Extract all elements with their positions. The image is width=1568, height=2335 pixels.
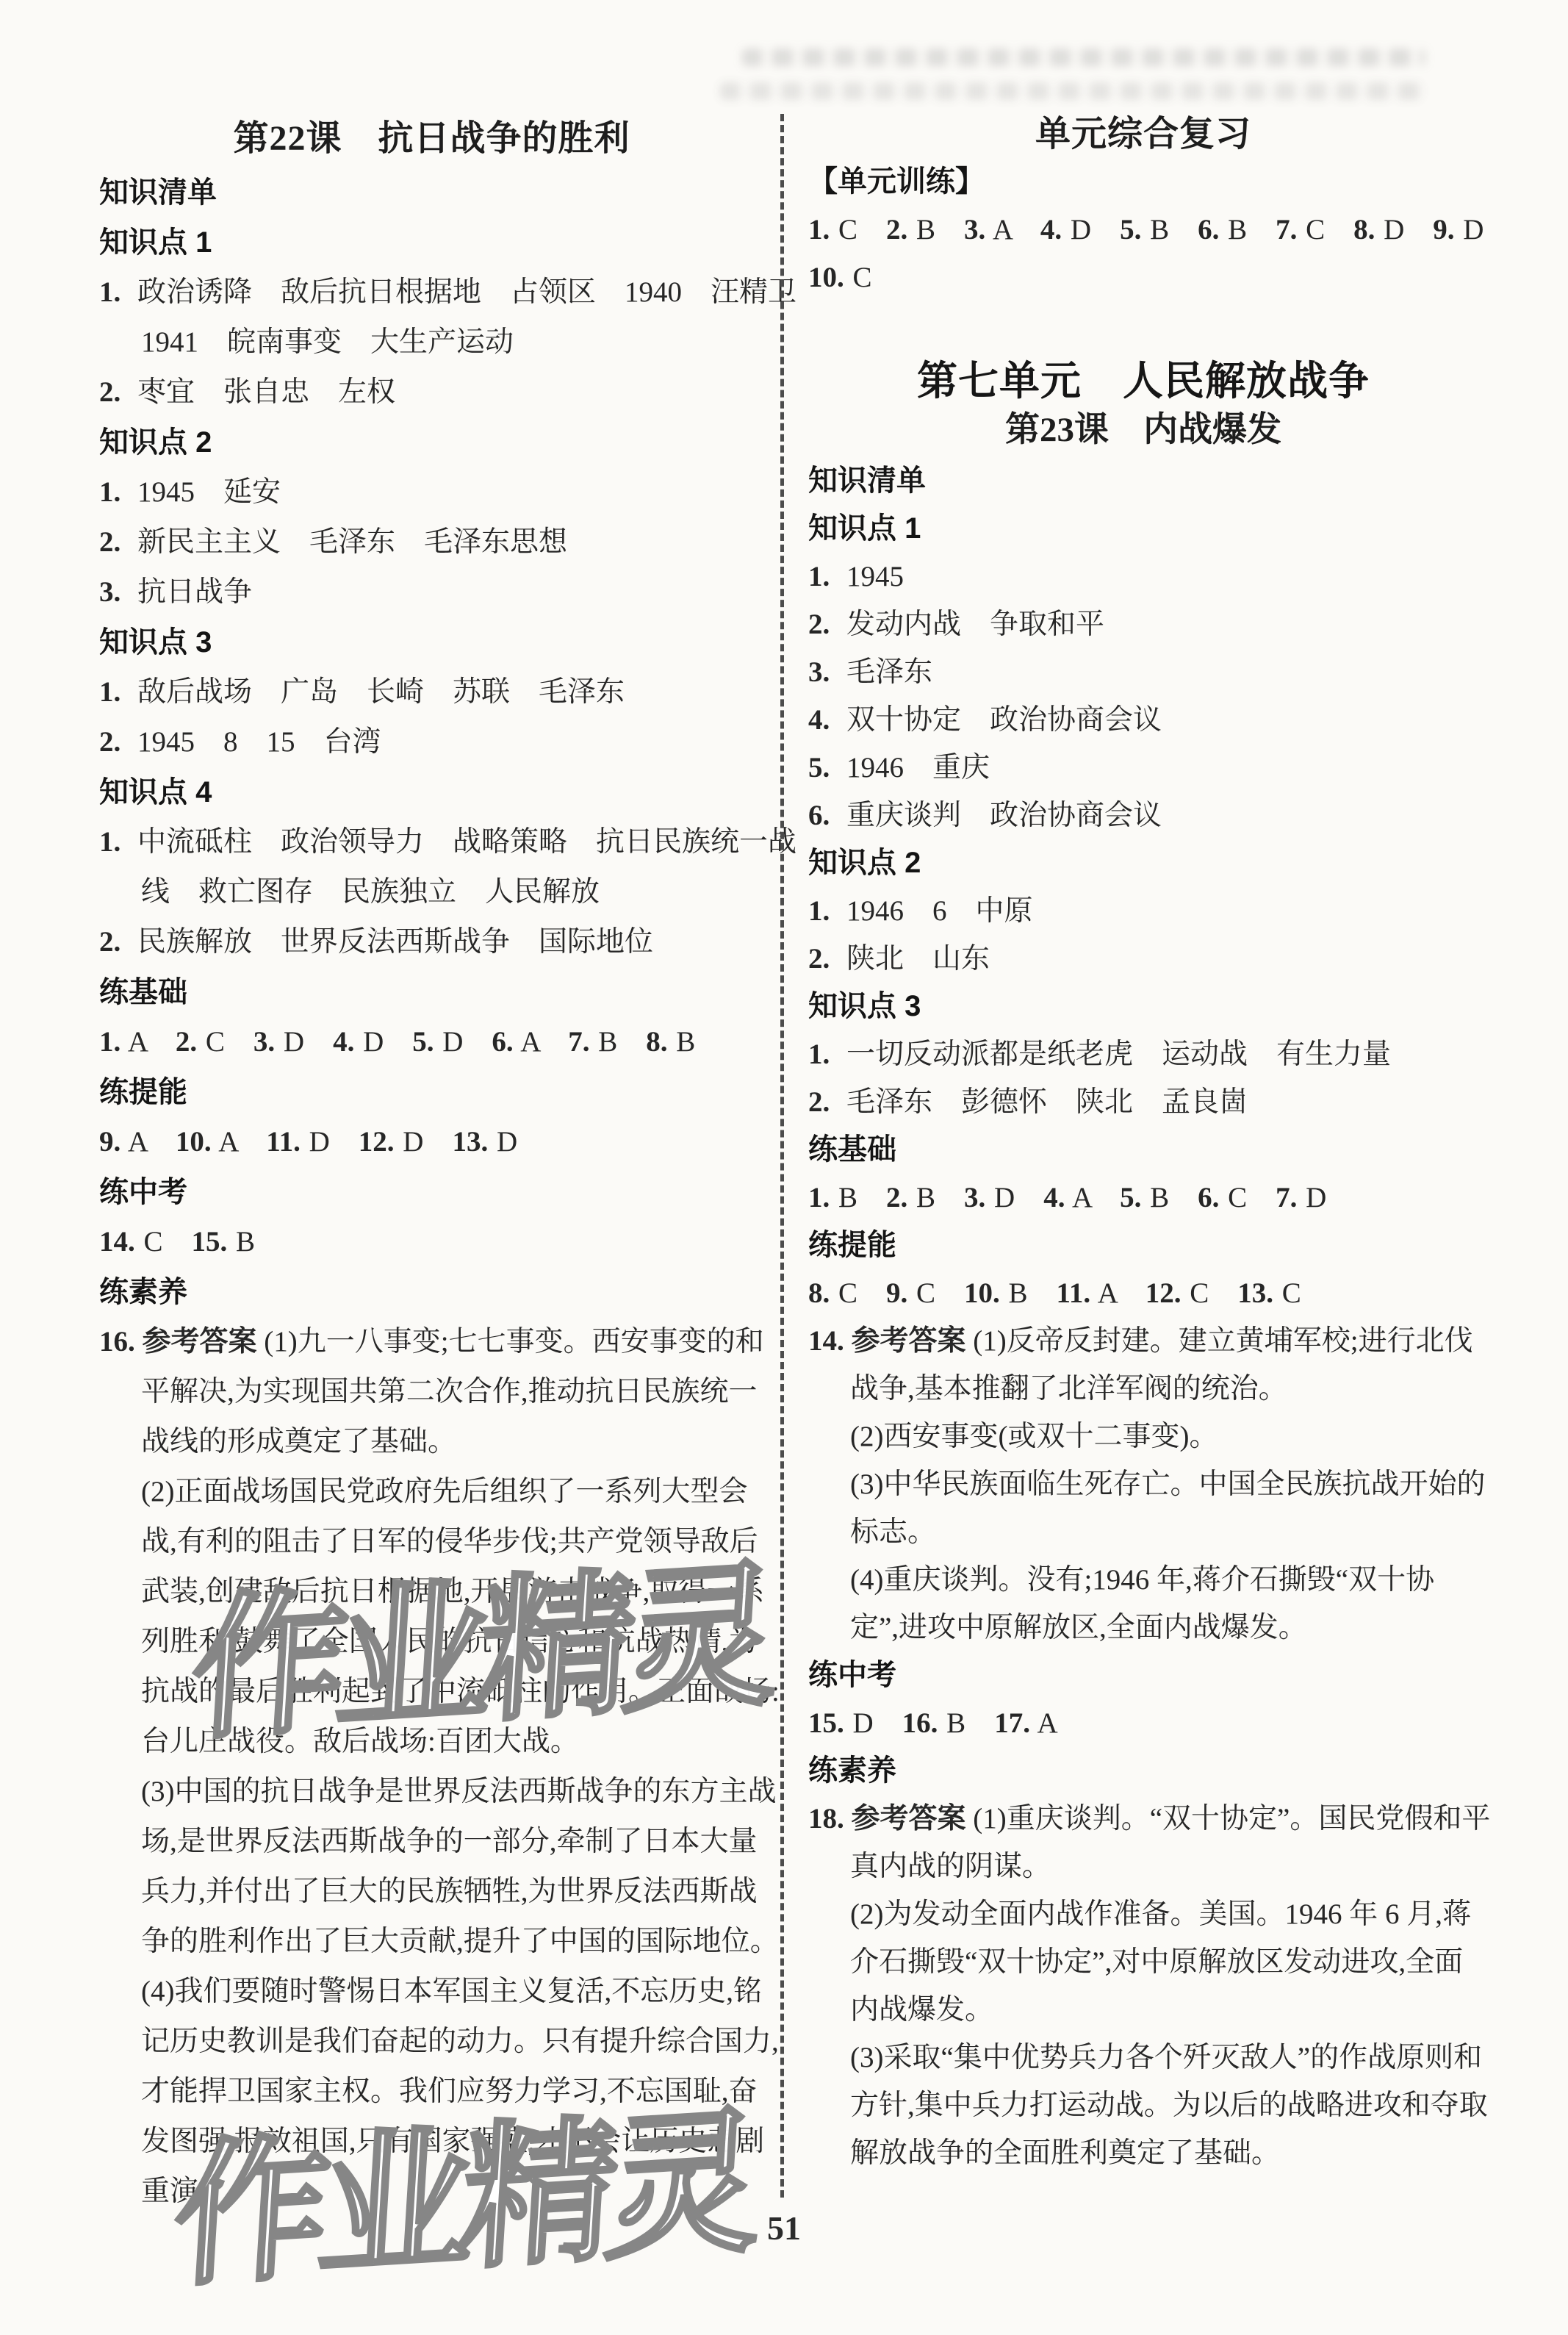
text-run: D xyxy=(489,1126,517,1158)
text-run: B xyxy=(1001,1277,1057,1309)
text-run-bold: 4. xyxy=(333,1026,356,1058)
text-run: 战争,基本推翻了北洋军阀的统治。 xyxy=(850,1373,1287,1405)
text-run-bold: 练素养 xyxy=(99,1276,187,1308)
answer-item-line: 2.枣宜 张自忠 左权 xyxy=(99,367,764,417)
answer-continuation-line: 方针,集中兵力打运动战。为以后的战略进攻和夺取 xyxy=(808,2081,1478,2129)
text-run-bold: 知识点 4 xyxy=(99,776,212,808)
left-column: 第22课 抗日战争的胜利知识清单知识点 11.政治诱降 敌后抗日根据地 占领区 … xyxy=(99,110,764,2217)
answer-continuation-line: 抗战的最后胜利起到了中流砥柱的作用。正面战场: xyxy=(99,1667,764,1717)
text-run-bold: 1. xyxy=(99,817,137,867)
text-run-bold: 4. xyxy=(1040,214,1063,245)
text-run: 敌后战场 广岛 长崎 苏联 毛泽东 xyxy=(137,676,625,708)
text-run: D xyxy=(435,1026,492,1058)
text-run: 1946 6 中原 xyxy=(846,895,1033,927)
text-run-bold: 3. xyxy=(808,648,846,696)
text-run: D xyxy=(1063,214,1120,245)
answer-continuation-line: 发图强,报效祖国,只有国家强盛,才不会让历史悲剧 xyxy=(99,2117,764,2167)
text-run-bold: 3. xyxy=(99,567,137,617)
answer-choices-line: 15. D 16. B 17. A xyxy=(808,1699,1478,1747)
answer-continuation-line: 战争,基本推翻了北洋军阀的统治。 xyxy=(808,1365,1478,1413)
answer-continuation-line: 平解决,为实现国共第二次合作,推动抗日民族统一 xyxy=(99,1367,764,1417)
text-run: D xyxy=(302,1126,359,1158)
text-run-bold: 5. xyxy=(412,1026,435,1058)
answer-item-line: 18. 参考答案 (1)重庆谈判。“双十协定”。国民党假和平 xyxy=(808,1795,1478,1843)
text-run: 内战爆发。 xyxy=(850,1994,993,2026)
text-run: D xyxy=(1456,214,1484,245)
answer-item-line: 1.一切反动派都是纸老虎 运动战 有生力量 xyxy=(808,1030,1478,1078)
text-run: 武装,创建敌后抗日根据地,开展游击战争,取得一系 xyxy=(141,1576,764,1607)
text-run: C xyxy=(846,262,872,293)
text-run-bold: 2. xyxy=(886,1182,909,1213)
text-run-bold: 1. xyxy=(808,553,846,600)
text-run: B xyxy=(1143,1182,1198,1213)
section-heading: 练中考 xyxy=(808,1651,1478,1699)
text-run: C xyxy=(198,1026,253,1058)
text-run: A xyxy=(1032,1707,1058,1739)
text-run-bold: 第23课 内战爆发 xyxy=(1005,411,1281,449)
text-run-bold: 2. xyxy=(808,935,846,983)
answer-item-line: 1.1946 6 中原 xyxy=(808,887,1478,935)
text-run-bold: 8. xyxy=(808,1277,831,1309)
answer-choices-line: 14. C 15. B xyxy=(99,1217,764,1267)
text-run: B xyxy=(1143,214,1198,245)
text-run-bold: 2. xyxy=(176,1026,198,1058)
answer-choices-line: 1. A 2. C 3. D 4. D 5. D 6. A 7. B 8. B xyxy=(99,1017,764,1067)
text-run-bold: 15. xyxy=(808,1707,846,1739)
answer-continuation-line: 介石撕毁“双十协定”,对中原解放区发动进攻,全面 xyxy=(808,1938,1478,1986)
text-run-bold: 2. xyxy=(808,1078,846,1126)
text-run: 一切反动派都是纸老虎 运动战 有生力量 xyxy=(846,1039,1391,1070)
unit-title: 第七单元 人民解放战争 xyxy=(808,357,1478,405)
text-run: (4)重庆谈判。没有;1946 年,蒋介石撕毁“双十协 xyxy=(850,1564,1434,1596)
text-run: D xyxy=(276,1026,333,1058)
answer-continuation-line: (2)正面战场国民党政府先后组织了一系列大型会 xyxy=(99,1467,764,1517)
text-run-bold: 练基础 xyxy=(99,976,187,1008)
text-run-bold: 13. xyxy=(452,1126,489,1158)
section-heading: 练提能 xyxy=(808,1222,1478,1269)
text-run-bold: 7. xyxy=(1276,214,1298,245)
text-run-bold: 5. xyxy=(1120,214,1143,245)
text-run-bold: 17. xyxy=(994,1707,1032,1739)
text-run-bold: 知识清单 xyxy=(808,465,926,497)
text-run: 才能捍卫国家主权。我们应努力学习,不忘国耻,奋 xyxy=(141,2076,758,2107)
text-run-bold: 练提能 xyxy=(99,1076,187,1108)
text-run: (3)采取“集中优势兵力各个歼灭敌人”的作战原则和 xyxy=(850,2042,1482,2073)
text-run: 陕北 山东 xyxy=(846,943,990,975)
text-run-bold: 9. xyxy=(99,1126,122,1158)
text-run: (4)我们要随时警惕日本军国主义复活,不忘历史,铭 xyxy=(141,1976,762,2007)
text-run-bold: 知识点 2 xyxy=(808,847,921,879)
right-column: 单元综合复习【单元训练】1. C 2. B 3. A 4. D 5. B 6. … xyxy=(808,110,1478,2177)
text-run-bold: 知识点 3 xyxy=(99,626,212,659)
text-run: 争的胜利作出了巨大贡献,提升了中国的国际地位。 xyxy=(141,1926,779,1957)
text-run: 标志。 xyxy=(850,1516,936,1548)
text-run-bold: 10. xyxy=(964,1277,1001,1309)
text-run: A xyxy=(122,1126,176,1158)
text-run: 台儿庄战役。敌后战场:百团大战。 xyxy=(141,1726,579,1757)
text-run: B xyxy=(909,1182,964,1213)
answer-choices-line: 8. C 9. C 10. B 11. A 12. C 13. C xyxy=(808,1269,1478,1317)
answer-continuation-line: 台儿庄战役。敌后战场:百团大战。 xyxy=(99,1717,764,1767)
answer-continuation-line: 武装,创建敌后抗日根据地,开展游击战争,取得一系 xyxy=(99,1567,764,1617)
text-run: A xyxy=(213,1126,267,1158)
text-run-bold: 6. xyxy=(492,1026,514,1058)
text-run-bold: 12. xyxy=(359,1126,396,1158)
text-run: 战线的形成奠定了基础。 xyxy=(141,1426,456,1457)
text-run: 兵力,并付出了巨大的民族牺牲,为世界反法西斯战 xyxy=(141,1876,758,1907)
text-run-bold: 1. xyxy=(808,1030,846,1078)
text-run: C xyxy=(1275,1277,1301,1309)
text-run-bold: 第22课 抗日战争的胜利 xyxy=(233,119,630,158)
answer-item-line: 2.新民主主义 毛泽东 毛泽东思想 xyxy=(99,517,764,567)
text-run: (1)反帝反封建。建立黄埔军校;进行北伐 xyxy=(966,1325,1473,1357)
text-run: B xyxy=(1220,214,1276,245)
answer-item-line: 2.1945 8 15 台湾 xyxy=(99,717,764,767)
section-heading: 练提能 xyxy=(99,1067,764,1117)
text-run-bold: 16. 参考答案 xyxy=(99,1317,257,1367)
section-heading: 练素养 xyxy=(808,1747,1478,1795)
answer-continuation-line: (4)我们要随时警惕日本军国主义复活,不忘历史,铭 xyxy=(99,1967,764,2017)
text-run-bold: 知识点 3 xyxy=(808,990,921,1022)
text-run: A xyxy=(515,1026,569,1058)
text-run-bold: 知识点 1 xyxy=(808,512,921,545)
text-run: B xyxy=(669,1026,696,1058)
section-heading: 知识点 2 xyxy=(99,417,764,467)
text-run-bold: 8. xyxy=(646,1026,669,1058)
text-run: 平解决,为实现国共第二次合作,推动抗日民族统一 xyxy=(141,1376,758,1407)
text-run: 1945 延安 xyxy=(137,476,281,508)
text-run-bold: 7. xyxy=(1276,1182,1298,1213)
answer-continuation-line: (3)中国的抗日战争是世界反法西斯战争的东方主战 xyxy=(99,1767,764,1817)
text-run-bold: 14. 参考答案 xyxy=(808,1317,966,1365)
text-run: (2)西安事变(或双十二事变)。 xyxy=(850,1421,1218,1452)
answer-item-line: 5.1946 重庆 xyxy=(808,744,1478,792)
text-run-bold: 【单元训练】 xyxy=(808,165,985,198)
lesson-title: 第22课 抗日战争的胜利 xyxy=(99,110,764,168)
answer-continuation-line: 兵力,并付出了巨大的民族牺牲,为世界反法西斯战 xyxy=(99,1867,764,1917)
text-run-bold: 11. xyxy=(266,1126,302,1158)
text-run-bold: 10. xyxy=(808,262,846,293)
text-run: 枣宜 张自忠 左权 xyxy=(137,376,395,408)
section-heading: 【单元训练】 xyxy=(808,158,1478,206)
answer-continuation-line: 内战爆发。 xyxy=(808,1986,1478,2034)
text-run-bold: 练中考 xyxy=(808,1659,896,1691)
text-run: 重演。 xyxy=(141,2176,227,2207)
page-number: 51 xyxy=(0,2206,1568,2250)
answer-continuation-line: (2)为发动全面内战作准备。美国。1946 年 6 月,蒋 xyxy=(808,1890,1478,1938)
answer-choices-line: 10. C xyxy=(808,254,1478,301)
answer-continuation-line: 战,有利的阻击了日军的侵华步伐;共产党领导敌后 xyxy=(99,1517,764,1567)
section-heading: 知识点 1 xyxy=(99,218,764,268)
text-run-bold: 单元综合复习 xyxy=(1035,115,1251,154)
text-run: (1)九一八事变;七七事变。西安事变的和 xyxy=(257,1326,764,1357)
answer-item-line: 14. 参考答案 (1)反帝反封建。建立黄埔军校;进行北伐 xyxy=(808,1317,1478,1365)
text-run: A xyxy=(122,1026,176,1058)
text-run: D xyxy=(846,1707,902,1739)
answer-item-line: 2.民族解放 世界反法西斯战争 国际地位 xyxy=(99,917,764,967)
text-run: 发动内战 争取和平 xyxy=(846,609,1104,640)
answer-item-line: 1.敌后战场 广岛 长崎 苏联 毛泽东 xyxy=(99,667,764,717)
text-run-bold: 6. xyxy=(1198,214,1220,245)
section-heading: 知识点 4 xyxy=(99,767,764,817)
answer-item-line: 1.1945 xyxy=(808,553,1478,600)
text-run: 真内战的阴谋。 xyxy=(850,1851,1051,1882)
text-run: 抗战的最后胜利起到了中流砥柱的作用。正面战场: xyxy=(141,1676,780,1707)
section-heading: 知识清单 xyxy=(808,457,1478,505)
text-run-bold: 8. xyxy=(1353,214,1376,245)
text-run: C xyxy=(831,1277,886,1309)
text-run-bold: 14. xyxy=(99,1226,137,1258)
answer-continuation-line: 线 救亡图存 民族独立 人民解放 xyxy=(99,867,764,917)
print-bleed-artifact xyxy=(720,82,1425,100)
text-run: 民族解放 世界反法西斯战争 国际地位 xyxy=(137,926,653,958)
section-heading: 知识点 1 xyxy=(808,505,1478,553)
text-run-bold: 4. xyxy=(808,696,846,744)
text-run: A xyxy=(1066,1182,1120,1213)
text-run-bold: 知识清单 xyxy=(99,176,217,209)
answer-item-line: 1.政治诱降 敌后抗日根据地 占领区 1940 汪精卫 xyxy=(99,268,764,318)
text-run-bold: 1. xyxy=(99,667,137,717)
text-run: 重庆谈判 政治协商会议 xyxy=(846,800,1162,831)
answer-item-line: 3.抗日战争 xyxy=(99,567,764,617)
text-run-bold: 练基础 xyxy=(808,1133,896,1166)
text-run: D xyxy=(1298,1182,1326,1213)
text-run: 双十协定 政治协商会议 xyxy=(846,704,1162,736)
answer-continuation-line: 争的胜利作出了巨大贡献,提升了中国的国际地位。 xyxy=(99,1917,764,1967)
answer-choices-line: 9. A 10. A 11. D 12. D 13. D xyxy=(99,1117,764,1167)
answer-continuation-line: 列胜利,鼓舞了全国人民的抗日信心和抗战热情,为 xyxy=(99,1617,764,1667)
text-run-bold: 12. xyxy=(1146,1277,1183,1309)
text-run: 1946 重庆 xyxy=(846,752,990,783)
section-heading: 知识点 2 xyxy=(808,839,1478,887)
section-heading: 知识点 3 xyxy=(99,617,764,667)
text-run-bold: 6. xyxy=(1198,1182,1220,1213)
text-run-bold: 2. xyxy=(99,517,137,567)
answer-item-line: 1.中流砥柱 政治领导力 战略策略 抗日民族统一战 xyxy=(99,817,764,867)
text-run-bold: 5. xyxy=(808,744,846,792)
text-run: 1945 xyxy=(846,561,904,592)
answer-item-line: 4.双十协定 政治协商会议 xyxy=(808,696,1478,744)
text-run: 场,是世界反法西斯战争的一部分,牵制了日本大量 xyxy=(141,1826,758,1857)
text-run: C xyxy=(1298,214,1353,245)
text-run-bold: 2. xyxy=(886,214,909,245)
text-run-bold: 练中考 xyxy=(99,1176,187,1208)
text-run-bold: 1. xyxy=(808,887,846,935)
text-run-bold: 5. xyxy=(1120,1182,1143,1213)
lesson-title: 单元综合复习 xyxy=(808,110,1478,158)
text-run: C xyxy=(831,214,886,245)
text-run: 定”,进攻中原解放区,全面内战爆发。 xyxy=(850,1612,1307,1643)
text-run: 记历史教训是我们奋起的动力。只有提升综合国力, xyxy=(141,2026,779,2057)
text-run-bold: 2. xyxy=(99,917,137,967)
text-run-bold: 13. xyxy=(1237,1277,1275,1309)
answer-item-line: 1.1945 延安 xyxy=(99,467,764,517)
text-run: (2)正面战场国民党政府先后组织了一系列大型会 xyxy=(141,1476,747,1507)
text-run-bold: 6. xyxy=(808,792,846,839)
answer-choices-line: 1. C 2. B 3. A 4. D 5. B 6. B 7. C 8. D … xyxy=(808,206,1478,254)
text-run: 1945 8 15 台湾 xyxy=(137,726,381,758)
answer-continuation-line: 记历史教训是我们奋起的动力。只有提升综合国力, xyxy=(99,2017,764,2067)
text-run: 1941 皖南事变 大生产运动 xyxy=(141,326,514,358)
lesson-title: 第23课 内战爆发 xyxy=(808,406,1478,454)
answer-continuation-line: 解放战争的全面胜利奠定了基础。 xyxy=(808,2129,1478,2177)
text-run: D xyxy=(987,1182,1043,1213)
text-run-bold: 10. xyxy=(176,1126,213,1158)
answer-item-line: 16. 参考答案 (1)九一八事变;七七事变。西安事变的和 xyxy=(99,1317,764,1367)
text-run: B xyxy=(591,1026,647,1058)
text-run-bold: 2. xyxy=(808,600,846,648)
answer-continuation-line: 才能捍卫国家主权。我们应努力学习,不忘国耻,奋 xyxy=(99,2067,764,2117)
text-run-bold: 2. xyxy=(99,367,137,417)
answer-continuation-line: (3)采取“集中优势兵力各个歼灭敌人”的作战原则和 xyxy=(808,2034,1478,2081)
section-heading: 练基础 xyxy=(808,1126,1478,1174)
text-run: 毛泽东 彭德怀 陕北 孟良崮 xyxy=(846,1086,1248,1118)
text-run-bold: 15. xyxy=(192,1226,229,1258)
text-run: 新民主主义 毛泽东 毛泽东思想 xyxy=(137,526,567,558)
answer-continuation-line: (2)西安事变(或双十二事变)。 xyxy=(808,1413,1478,1460)
text-run: B xyxy=(909,214,964,245)
text-run: 列胜利,鼓舞了全国人民的抗日信心和抗战热情,为 xyxy=(141,1626,758,1657)
text-run: 战,有利的阻击了日军的侵华步伐;共产党领导敌后 xyxy=(141,1526,758,1557)
answer-continuation-line: 场,是世界反法西斯战争的一部分,牵制了日本大量 xyxy=(99,1817,764,1867)
text-run: B xyxy=(229,1226,255,1258)
text-run: 抗日战争 xyxy=(137,576,252,608)
answer-item-line: 2.发动内战 争取和平 xyxy=(808,600,1478,648)
section-heading: 练中考 xyxy=(99,1167,764,1217)
text-run: D xyxy=(356,1026,412,1058)
text-run: 方针,集中兵力打运动战。为以后的战略进攻和夺取 xyxy=(850,2090,1488,2121)
text-run: (1)重庆谈判。“双十协定”。国民党假和平 xyxy=(966,1803,1491,1834)
text-run-bold: 1. xyxy=(808,214,831,245)
answer-item-line: 3.毛泽东 xyxy=(808,648,1478,696)
text-run-bold: 练提能 xyxy=(808,1229,896,1261)
text-run: B xyxy=(939,1707,994,1739)
section-heading: 知识清单 xyxy=(99,168,764,218)
text-run: 中流砥柱 政治领导力 战略策略 抗日民族统一战 xyxy=(137,826,796,858)
section-heading: 练基础 xyxy=(99,967,764,1017)
section-heading: 练素养 xyxy=(99,1267,764,1317)
answer-item-line: 6.重庆谈判 政治协商会议 xyxy=(808,792,1478,839)
text-run: 介石撕毁“双十协定”,对中原解放区发动进攻,全面 xyxy=(850,1946,1463,1978)
text-run: D xyxy=(1376,214,1433,245)
text-run: C xyxy=(1220,1182,1276,1213)
answer-continuation-line: 1941 皖南事变 大生产运动 xyxy=(99,318,764,367)
text-run-bold: 第七单元 人民解放战争 xyxy=(917,359,1370,403)
text-run: C xyxy=(1183,1277,1238,1309)
column-divider xyxy=(780,114,784,2198)
text-run: 解放战争的全面胜利奠定了基础。 xyxy=(850,2137,1280,2169)
text-run: A xyxy=(987,214,1040,245)
text-run-bold: 9. xyxy=(1433,214,1456,245)
text-run-bold: 知识点 2 xyxy=(99,426,212,459)
text-run-bold: 3. xyxy=(964,214,987,245)
answer-key-page: 第22课 抗日战争的胜利知识清单知识点 11.政治诱降 敌后抗日根据地 占领区 … xyxy=(0,0,1568,2335)
text-run: (2)为发动全面内战作准备。美国。1946 年 6 月,蒋 xyxy=(850,1898,1471,1930)
answer-item-line: 2.陕北 山东 xyxy=(808,935,1478,983)
text-run: C xyxy=(909,1277,964,1309)
answer-continuation-line: (4)重庆谈判。没有;1946 年,蒋介石撕毁“双十协 xyxy=(808,1556,1478,1604)
text-run-bold: 3. xyxy=(253,1026,276,1058)
text-run: D xyxy=(396,1126,453,1158)
text-run-bold: 1. xyxy=(808,1182,831,1213)
answer-item-line: 2.毛泽东 彭德怀 陕北 孟良崮 xyxy=(808,1078,1478,1126)
answer-choices-line: 1. B 2. B 3. D 4. A 5. B 6. C 7. D xyxy=(808,1174,1478,1222)
text-run-bold: 3. xyxy=(964,1182,987,1213)
answer-continuation-line: 真内战的阴谋。 xyxy=(808,1843,1478,1890)
text-run-bold: 18. 参考答案 xyxy=(808,1795,966,1843)
answer-continuation-line: (3)中华民族面临生死存亡。中国全民族抗战开始的 xyxy=(808,1460,1478,1508)
section-heading: 知识点 3 xyxy=(808,983,1478,1030)
answer-continuation-line: 战线的形成奠定了基础。 xyxy=(99,1417,764,1467)
text-run: (3)中华民族面临生死存亡。中国全民族抗战开始的 xyxy=(850,1468,1485,1500)
text-run-bold: 1. xyxy=(99,1026,122,1058)
text-run-bold: 7. xyxy=(568,1026,591,1058)
answer-continuation-line: 定”,进攻中原解放区,全面内战爆发。 xyxy=(808,1604,1478,1651)
text-run-bold: 11. xyxy=(1057,1277,1093,1309)
print-bleed-artifact xyxy=(742,49,1425,66)
text-run: A xyxy=(1092,1277,1146,1309)
text-run-bold: 4. xyxy=(1043,1182,1066,1213)
text-run: 发图强,报效祖国,只有国家强盛,才不会让历史悲剧 xyxy=(141,2126,764,2157)
text-run-bold: 16. xyxy=(902,1707,940,1739)
text-run-bold: 1. xyxy=(99,268,137,318)
text-run-bold: 2. xyxy=(99,717,137,767)
text-run-bold: 练素养 xyxy=(808,1754,896,1787)
text-run-bold: 9. xyxy=(886,1277,909,1309)
text-run: 毛泽东 xyxy=(846,656,932,688)
answer-continuation-line: 标志。 xyxy=(808,1508,1478,1556)
text-run-bold: 1. xyxy=(99,467,137,517)
text-run: C xyxy=(137,1226,192,1258)
text-run: B xyxy=(831,1182,886,1213)
text-run: 线 救亡图存 民族独立 人民解放 xyxy=(141,876,600,908)
text-run: 政治诱降 敌后抗日根据地 占领区 1940 汪精卫 xyxy=(137,276,796,308)
text-run-bold: 知识点 1 xyxy=(99,226,212,259)
text-run: (3)中国的抗日战争是世界反法西斯战争的东方主战 xyxy=(141,1776,776,1807)
